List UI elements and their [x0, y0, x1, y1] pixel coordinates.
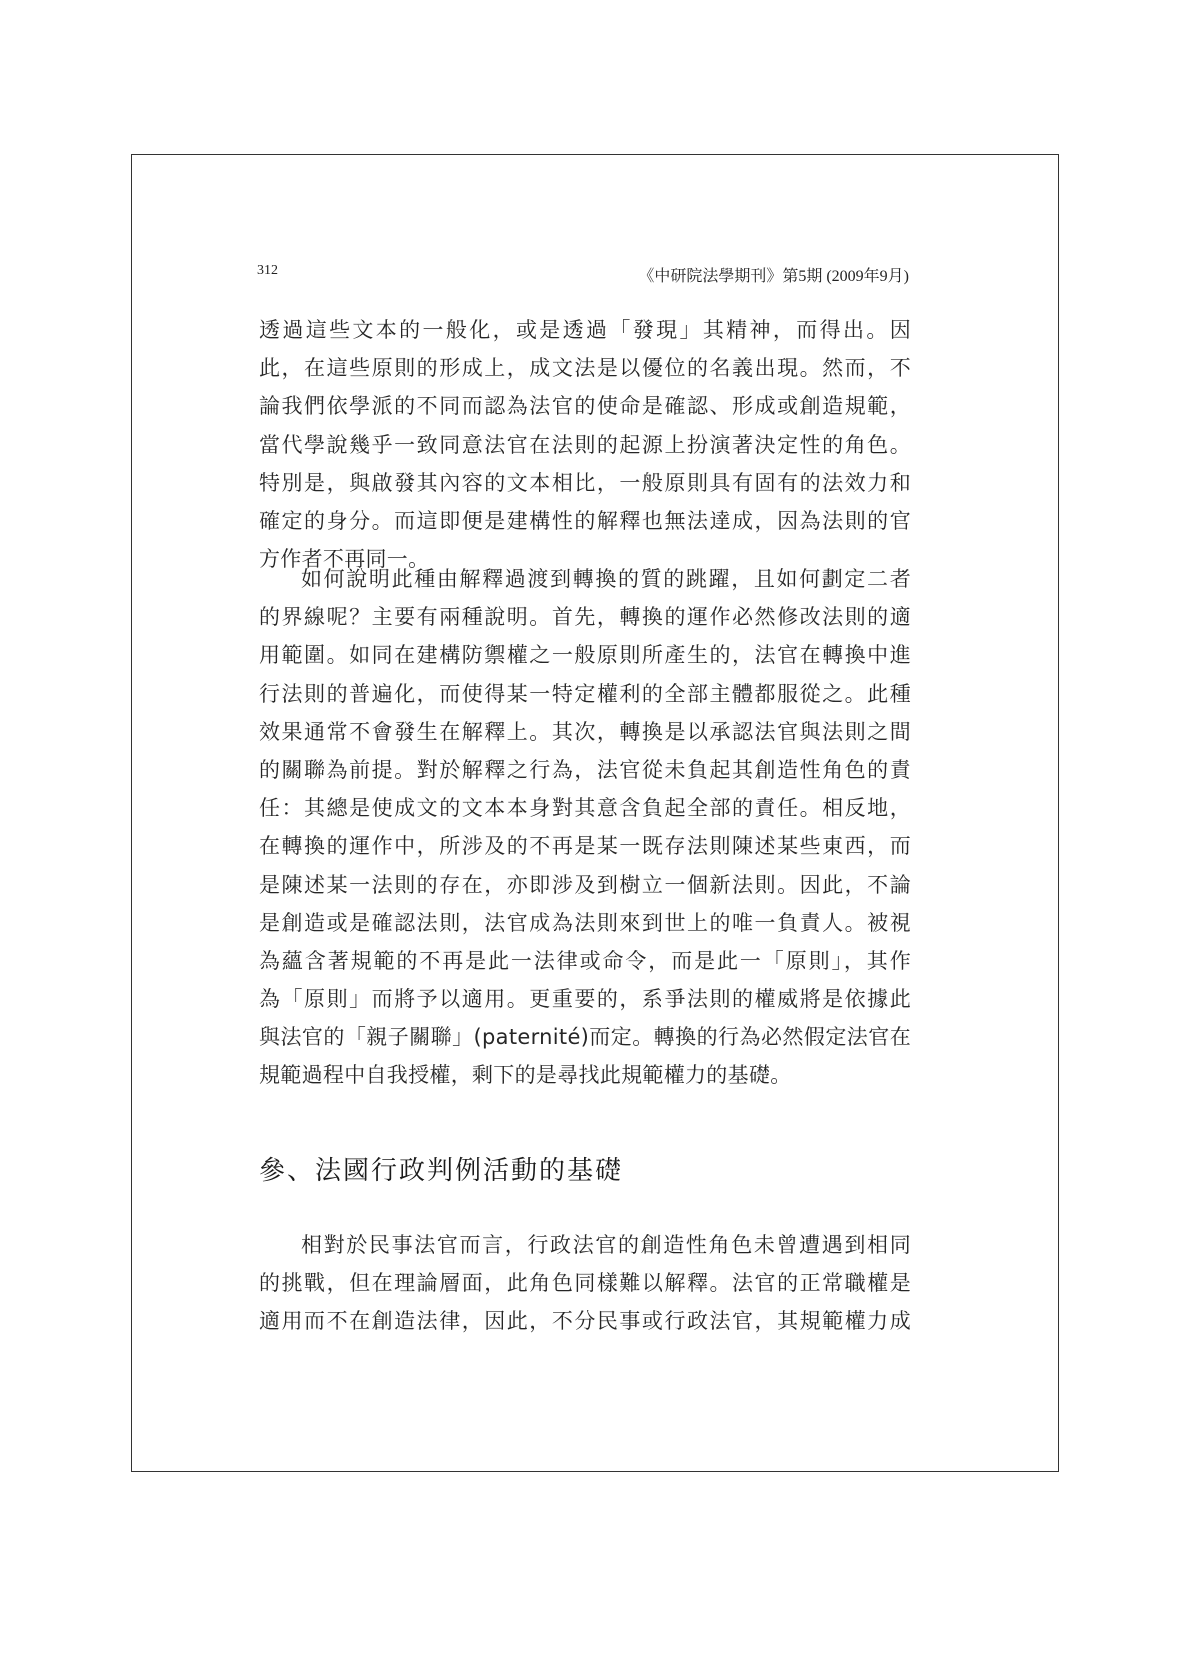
text-line: 確定的身分。而這即便是建構性的解釋也無法達成，因為法則的官	[259, 502, 911, 540]
text-line: 效果通常不會發生在解釋上。其次，轉換是以承認法官與法則之間	[259, 713, 911, 751]
text-line: 的界線呢？主要有兩種說明。首先，轉換的運作必然修改法則的適	[259, 598, 911, 636]
text-line: 特別是，與啟發其內容的文本相比，一般原則具有固有的法效力和	[259, 464, 911, 502]
running-header: 312 《中研院法學期刊》第5期 (2009年9月)	[257, 263, 909, 285]
text-line: 與法官的「親子關聯」(paternité)而定。轉換的行為必然假定法官在	[259, 1018, 911, 1056]
section-heading: 參、法國行政判例活動的基礎	[259, 1150, 623, 1187]
text-line: 此，在這些原則的形成上，成文法是以優位的名義出現。然而，不	[259, 349, 911, 387]
text-line: 行法則的普遍化，而使得某一特定權利的全部主體都服從之。此種	[259, 675, 911, 713]
page-number: 312	[257, 263, 278, 279]
journal-title: 《中研院法學期刊》第5期 (2009年9月)	[638, 263, 909, 286]
text-line: 當代學說幾乎一致同意法官在法則的起源上扮演著決定性的角色。	[259, 426, 911, 464]
paragraph-2: 如何說明此種由解釋過渡到轉換的質的跳躍，且如何劃定二者 的界線呢？主要有兩種說明…	[259, 560, 911, 1095]
text-line: 任：其總是使成文的文本本身對其意含負起全部的責任。相反地，	[259, 789, 911, 827]
text-line: 是創造或是確認法則，法官成為法則來到世上的唯一負責人。被視	[259, 904, 911, 942]
text-line: 論我們依學派的不同而認為法官的使命是確認、形成或創造規範，	[259, 387, 911, 425]
paragraph-1: 透過這些文本的一般化，或是透過「發現」其精神，而得出。因 此，在這些原則的形成上…	[259, 311, 911, 578]
text-line: 為「原則」而將予以適用。更重要的，系爭法則的權威將是依據此	[259, 980, 911, 1018]
text-line: 規範過程中自我授權，剩下的是尋找此規範權力的基礎。	[259, 1056, 911, 1094]
text-line: 是陳述某一法則的存在，亦即涉及到樹立一個新法則。因此，不論	[259, 866, 911, 904]
section-paragraph: 相對於民事法官而言，行政法官的創造性角色未曾遭遇到相同 的挑戰，但在理論層面，此…	[259, 1226, 911, 1341]
text-line: 適用而不在創造法律，因此，不分民事或行政法官，其規範權力成	[259, 1302, 911, 1340]
text-line: 的挑戰，但在理論層面，此角色同樣難以解釋。法官的正常職權是	[259, 1264, 911, 1302]
text-line: 相對於民事法官而言，行政法官的創造性角色未曾遭遇到相同	[259, 1226, 911, 1264]
text-line: 為蘊含著規範的不再是此一法律或命令，而是此一「原則」，其作	[259, 942, 911, 980]
text-line: 的關聯為前提。對於解釋之行為，法官從未負起其創造性角色的責	[259, 751, 911, 789]
text-line: 如何說明此種由解釋過渡到轉換的質的跳躍，且如何劃定二者	[259, 560, 911, 598]
text-line: 透過這些文本的一般化，或是透過「發現」其精神，而得出。因	[259, 311, 911, 349]
text-line: 在轉換的運作中，所涉及的不再是某一既存法則陳述某些東西，而	[259, 827, 911, 865]
text-line: 用範圍。如同在建構防禦權之一般原則所產生的，法官在轉換中進	[259, 636, 911, 674]
